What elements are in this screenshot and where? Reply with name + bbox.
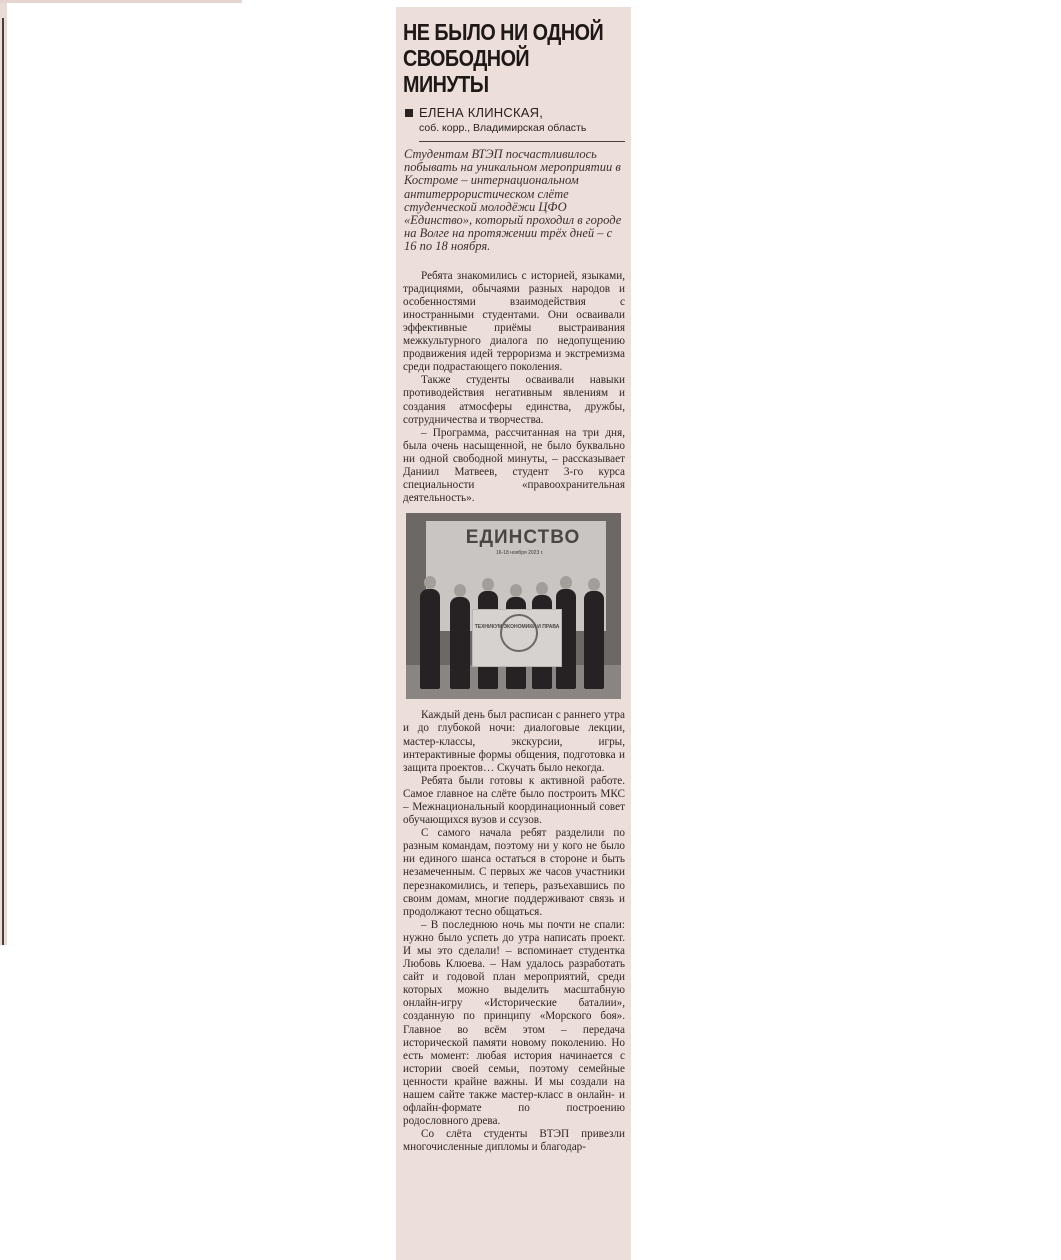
article-paragraph: Также студенты осваивали навыки противод… xyxy=(403,374,625,426)
article-paragraph: Ребята были готовы к активной работе. Са… xyxy=(403,775,625,827)
byline: ЕЛЕНА КЛИНСКАЯ, xyxy=(403,105,625,120)
article-paragraph: Каждый день был расписан с раннего утра … xyxy=(403,709,625,774)
scan-edge-top xyxy=(0,0,242,3)
person-figure xyxy=(584,591,604,689)
event-banner-dates: 16-18 ноября 2023 г. xyxy=(496,550,543,556)
article-headline: НЕ БЫЛО НИ ОДНОЙ СВОБОДНОЙ МИНУТЫ xyxy=(403,19,618,97)
article-paragraph: – Программа, рассчитанная на три дня, бы… xyxy=(403,427,625,506)
person-figure xyxy=(450,597,470,689)
article-photo: ЕДИНСТВО 16-18 ноября 2023 г. ТЕХНИКУМ Э… xyxy=(406,513,621,699)
article-paragraph: С самого начала ребят разделили по разны… xyxy=(403,827,625,919)
article-lead: Студентам ВТЭП посчастливилось побывать … xyxy=(403,148,625,254)
person-figure xyxy=(420,589,440,689)
newspaper-clipping: НЕ БЫЛО НИ ОДНОЙ СВОБОДНОЙ МИНУТЫ ЕЛЕНА … xyxy=(396,7,631,1260)
article-paragraph: – В последнюю ночь мы почти не спали: ну… xyxy=(403,919,625,1129)
byline-divider xyxy=(419,141,625,142)
author-role: соб. корр., Владимирская область xyxy=(419,122,625,135)
column-divider-line xyxy=(2,18,4,945)
author-name: ЕЛЕНА КЛИНСКАЯ, xyxy=(419,105,543,120)
byline-square-bullet-icon xyxy=(405,109,413,117)
flag-text: ТЕХНИКУМ ЭКОНОМИКИ И ПРАВА xyxy=(473,624,561,630)
article-paragraph: Со слёта студенты ВТЭП привезли многочис… xyxy=(403,1128,625,1154)
college-emblem-icon xyxy=(500,614,538,652)
event-banner-title: ЕДИНСТВО xyxy=(448,527,598,549)
college-flag: ТЕХНИКУМ ЭКОНОМИКИ И ПРАВА xyxy=(472,609,562,667)
article-paragraph: Ребята знакомились с историей, языками, … xyxy=(403,270,625,375)
